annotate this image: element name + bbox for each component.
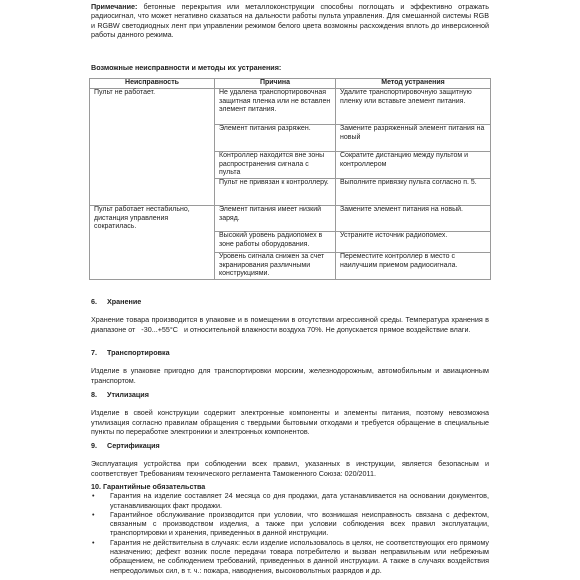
cause-cell: Элемент питания имеет низкий заряд. — [215, 206, 336, 232]
column-header-cause: Причина — [215, 79, 336, 89]
table-header-row: Неисправность Причина Метод устранения — [90, 79, 491, 89]
section-body: Изделие в своей конструкции содержит эле… — [91, 408, 489, 436]
section-title: 9. Сертификация — [91, 441, 489, 450]
warranty-list: Гарантия на изделие составляет 24 месяца… — [91, 491, 489, 575]
cause-cell: Элемент питания разряжен. — [215, 125, 336, 152]
fix-cell: Замените разряженный элемент питания на … — [336, 125, 491, 152]
section-body: Изделие в упаковке пригодно для транспор… — [91, 366, 489, 385]
column-header-fix: Метод устранения — [336, 79, 491, 89]
fix-cell: Удалите транспортировочную защитную плен… — [336, 89, 491, 125]
list-item: Гарантийное обслуживание производится пр… — [91, 510, 489, 538]
cause-cell: Пульт не привязан к контроллеру. — [215, 179, 336, 206]
fix-cell: Замените элемент питания на новый. — [336, 206, 491, 232]
section-transport: 7. Транспортировка Изделие в упаковке пр… — [91, 348, 489, 385]
faults-heading: Возможные неисправности и методы их устр… — [91, 63, 281, 72]
cause-cell: Контроллер находится вне зоны распростра… — [215, 152, 336, 179]
section-title: 7. Транспортировка — [91, 348, 489, 357]
section-certification: 9. Сертификация Эксплуатация устройства … — [91, 441, 489, 478]
cause-cell: Не удалена транспортировочная защитная п… — [215, 89, 336, 125]
fault-cell: Пульт работает нестабильно, дистанция уп… — [90, 206, 215, 280]
section-disposal: 8. Утилизация Изделие в своей конструкци… — [91, 390, 489, 436]
fix-cell: Устраните источник радиопомех. — [336, 232, 491, 253]
table-row: Пульт работает нестабильно, дистанция уп… — [90, 206, 491, 232]
cause-cell: Высокий уровень радиопомех в зоне работы… — [215, 232, 336, 253]
cause-cell: Уровень сигнала снижен за счет экраниров… — [215, 253, 336, 280]
section-title: 6. Хранение — [91, 297, 489, 306]
section-storage: 6. Хранение Хранение товара производится… — [91, 297, 489, 334]
column-header-fault: Неисправность — [90, 79, 215, 89]
section-title: 8. Утилизация — [91, 390, 489, 399]
section-body: Хранение товара производится в упаковке … — [91, 315, 489, 334]
section-warranty: 10. Гарантийные обязательства Гарантия н… — [91, 482, 489, 575]
note-label: Примечание: — [91, 2, 137, 11]
list-item: Гарантия на изделие составляет 24 месяца… — [91, 491, 489, 510]
note-paragraph: Примечание: бетонные перекрытия или мета… — [91, 2, 489, 39]
section-body: Эксплуатация устройства при соблюдении в… — [91, 459, 489, 478]
fault-cell: Пульт не работает. — [90, 89, 215, 206]
list-item: Гарантия не действительна в случаях: есл… — [91, 538, 489, 575]
fix-cell: Сократите дистанцию между пультом и конт… — [336, 152, 491, 179]
fix-cell: Переместите контроллер в место с наилучш… — [336, 253, 491, 280]
section-title: 10. Гарантийные обязательства — [91, 482, 489, 491]
fix-cell: Выполните привязку пульта согласно п. 5. — [336, 179, 491, 206]
table-row: Пульт не работает. Не удалена транспорти… — [90, 89, 491, 125]
faults-table: Неисправность Причина Метод устранения П… — [89, 78, 491, 280]
note-text: бетонные перекрытия или металлоконструкц… — [91, 2, 489, 39]
